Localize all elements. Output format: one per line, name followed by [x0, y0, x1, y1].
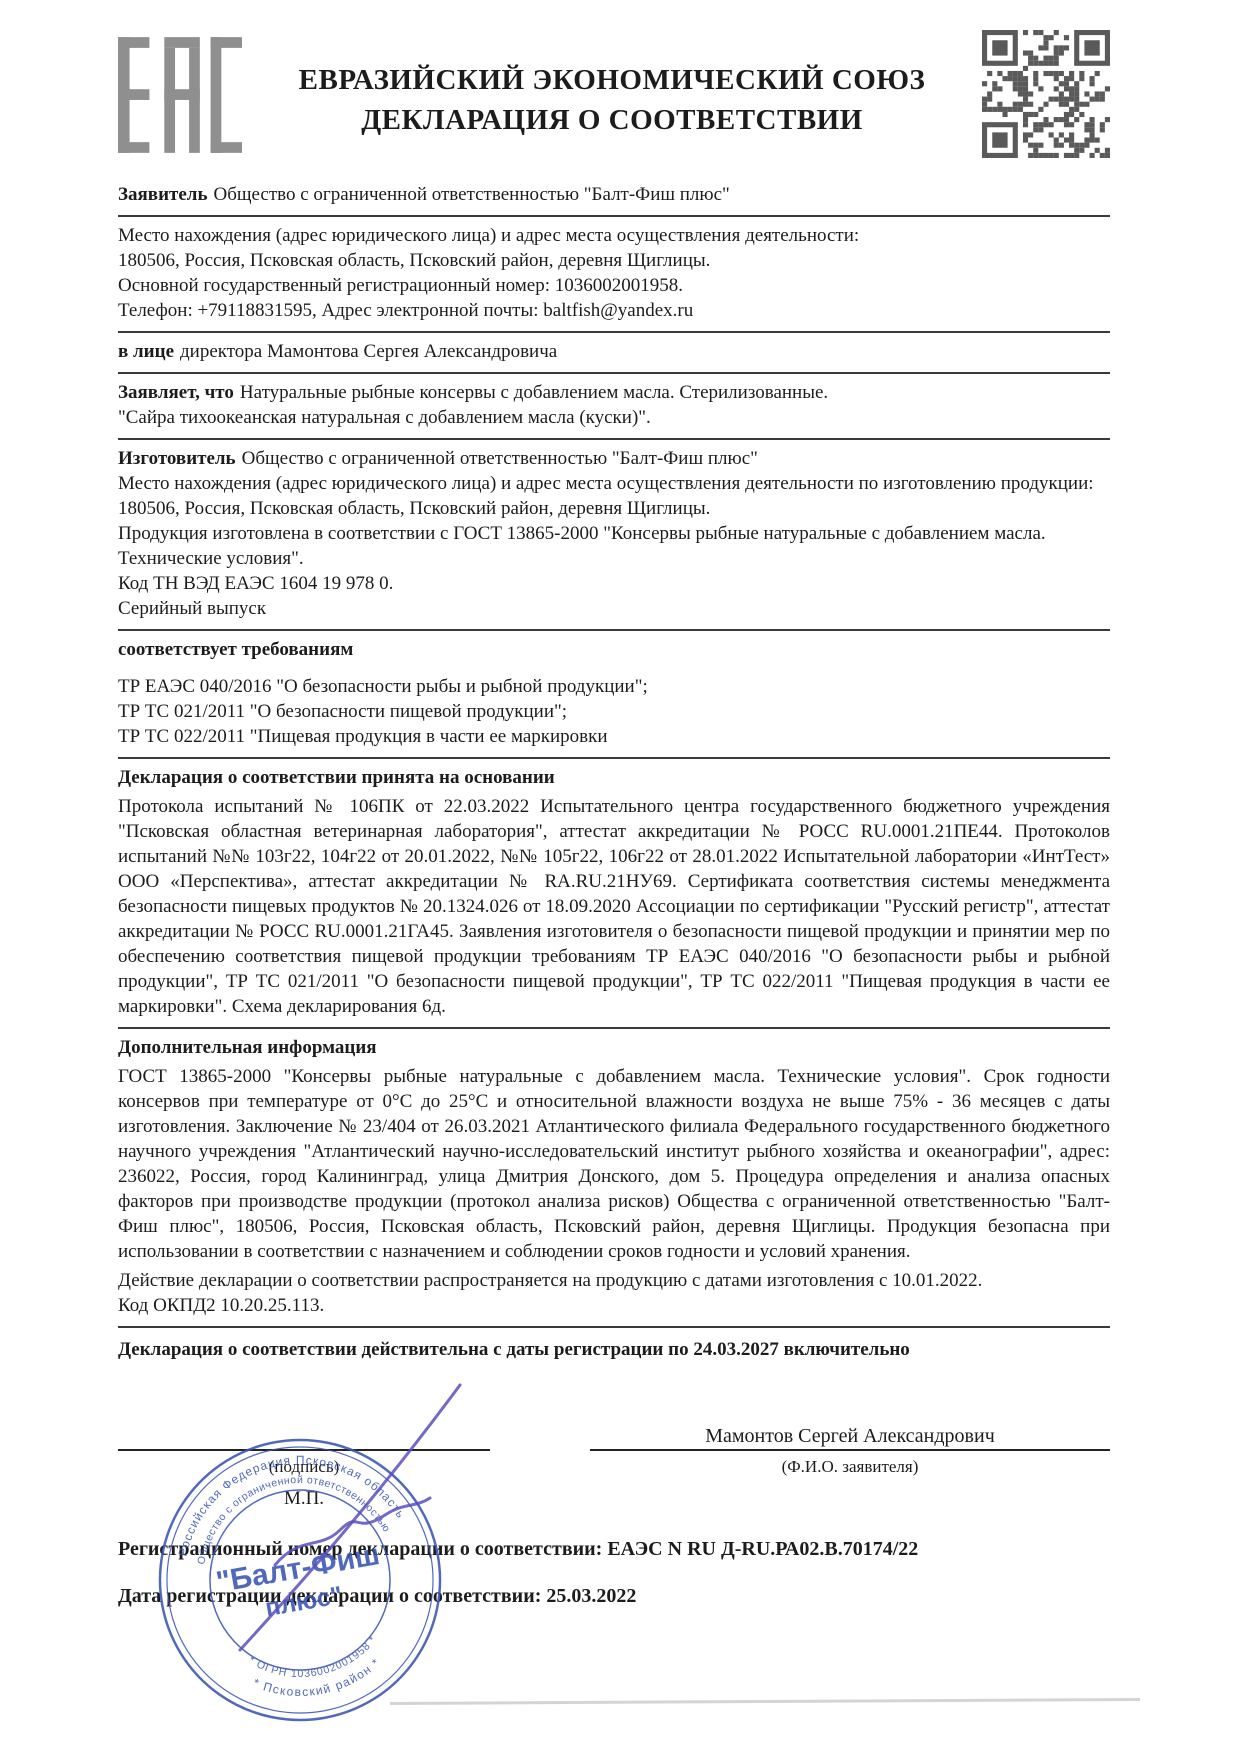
document-header: ЕВРАЗИЙСКИЙ ЭКОНОМИЧЕСКИЙ СОЮЗ ДЕКЛАРАЦИ… — [118, 26, 1110, 158]
requirement-item: ТР ТС 021/2011 "О безопасности пищевой п… — [118, 699, 1110, 724]
representative-label: в лице — [118, 341, 174, 362]
fio-line — [590, 1449, 1110, 1451]
applicant-fio: Мамонтов Сергей Александрович — [590, 1424, 1110, 1449]
stamp-ring-outer-bottom: * Псковский район * — [249, 1654, 387, 1709]
registration-date-label: Дата регистрации декларации о соответств… — [118, 1585, 541, 1607]
declaration-subject-section: Заявляет, чтоНатуральные рыбные консервы… — [118, 374, 1110, 440]
applicant-ogrn-line: Основной государственный регистрационный… — [118, 273, 1110, 298]
fio-area: Мамонтов Сергей Александрович (Ф.И.О. за… — [590, 1424, 1110, 1511]
signature-line — [118, 1449, 490, 1451]
product-name: "Сайра тихоокеанская натуральная с добав… — [118, 405, 1110, 430]
scan-artifact-line — [390, 1698, 1140, 1705]
declaration-action-paragraph: Действие декларации о соответствии распр… — [118, 1268, 1110, 1293]
qr-code-icon — [982, 30, 1110, 158]
signature-block: (подпись) М.П. Мамонтов Сергей Александр… — [118, 1424, 1110, 1511]
applicant-details-section: Место нахождения (адрес юридического лиц… — [118, 217, 1110, 333]
title-line-2: ДЕКЛАРАЦИЯ О СООТВЕТСТВИИ — [258, 100, 966, 140]
manufacturer-address: Место нахождения (адрес юридического лиц… — [118, 471, 1110, 521]
signature-area: (подпись) М.П. — [118, 1424, 490, 1511]
tnved-code: Код ТН ВЭД ЕАЭС 1604 19 978 0. — [118, 571, 1110, 596]
basis-heading: Декларация о соответствии принята на осн… — [118, 765, 1110, 790]
manufacturer-label: Изготовитель — [118, 448, 236, 469]
applicant-address-line: 180506, Россия, Псковская область, Псков… — [118, 248, 1110, 273]
document-body: ЕВРАЗИЙСКИЙ ЭКОНОМИЧЕСКИЙ СОЮЗ ДЕКЛАРАЦИ… — [118, 26, 1110, 1609]
additional-info-paragraph: ГОСТ 13865-2000 "Консервы рыбные натурал… — [118, 1064, 1110, 1264]
declares-label: Заявляет, что — [118, 382, 234, 403]
registration-number-line: Регистрационный номер декларации о соотв… — [118, 1537, 1110, 1562]
requirements-list: ТР ЕАЭС 040/2016 "О безопасности рыбы и … — [118, 674, 1110, 749]
registration-date-line: Дата регистрации декларации о соответств… — [118, 1584, 1110, 1609]
additional-info-section: Дополнительная информация ГОСТ 13865-200… — [118, 1029, 1110, 1328]
requirement-item: ТР ТС 022/2011 "Пищевая продукция в част… — [118, 724, 1110, 749]
okpd-code: Код ОКПД2 10.20.25.113. — [118, 1293, 1110, 1318]
document-title: ЕВРАЗИЙСКИЙ ЭКОНОМИЧЕСКИЙ СОЮЗ ДЕКЛАРАЦИ… — [258, 26, 966, 158]
registration-date-value: 25.03.2022 — [546, 1585, 636, 1607]
representative-section: в лицедиректора Мамонтова Сергея Алексан… — [118, 333, 1110, 374]
requirements-heading: соответствует требованиям — [118, 637, 1110, 662]
manufacturer-gost: Продукция изготовлена в соответствии с Г… — [118, 521, 1110, 571]
serial-release: Серийный выпуск — [118, 596, 1110, 621]
requirement-item: ТР ЕАЭС 040/2016 "О безопасности рыбы и … — [118, 674, 1110, 699]
representative-name: директора Мамонтова Сергея Александрович… — [180, 341, 557, 362]
applicant-name: Общество с ограниченной ответственностью… — [214, 184, 730, 205]
eac-logo — [118, 34, 242, 156]
applicant-contacts-line: Телефон: +79118831595, Адрес электронной… — [118, 298, 1110, 323]
title-line-1: ЕВРАЗИЙСКИЙ ЭКОНОМИЧЕСКИЙ СОЮЗ — [258, 60, 966, 100]
declaration-page: ЕВРАЗИЙСКИЙ ЭКОНОМИЧЕСКИЙ СОЮЗ ДЕКЛАРАЦИ… — [0, 0, 1240, 1754]
manufacturer-line: ИзготовительОбщество с ограниченной отве… — [118, 446, 1110, 471]
manufacturer-section: ИзготовительОбщество с ограниченной отве… — [118, 440, 1110, 631]
stamp-ring-inner-bottom: * ОГРН 1036002001958 * — [245, 1632, 384, 1690]
validity-statement: Декларация о соответствии действительна … — [118, 1328, 1110, 1366]
registration-number-value: ЕАЭС N RU Д-RU.РА02.В.70174/22 — [607, 1538, 918, 1560]
requirements-section: соответствует требованиям ТР ЕАЭС 040/20… — [118, 631, 1110, 759]
seal-mark: М.П. — [118, 1486, 490, 1511]
additional-info-heading: Дополнительная информация — [118, 1035, 1110, 1060]
registration-number-label: Регистрационный номер декларации о соотв… — [118, 1538, 602, 1560]
signature-caption: (подпись) — [118, 1454, 490, 1479]
product-statement: Заявляет, чтоНатуральные рыбные консервы… — [118, 380, 1110, 405]
svg-text:* ОГРН 1036002001958 *: * ОГРН 1036002001958 * — [245, 1632, 384, 1690]
manufacturer-name: Общество с ограниченной ответственностью… — [242, 448, 758, 469]
svg-text:* Псковский район *: * Псковский район * — [249, 1654, 387, 1709]
applicant-section: ЗаявительОбщество с ограниченной ответст… — [118, 176, 1110, 217]
basis-section: Декларация о соответствии принята на осн… — [118, 759, 1110, 1029]
applicant-label: Заявитель — [118, 184, 208, 205]
basis-paragraph: Протокола испытаний № 106ПК от 22.03.202… — [118, 794, 1110, 1019]
applicant-address-line: Место нахождения (адрес юридического лиц… — [118, 223, 1110, 248]
fio-caption: (Ф.И.О. заявителя) — [590, 1454, 1110, 1479]
product-description: Натуральные рыбные консервы с добавление… — [240, 382, 828, 403]
